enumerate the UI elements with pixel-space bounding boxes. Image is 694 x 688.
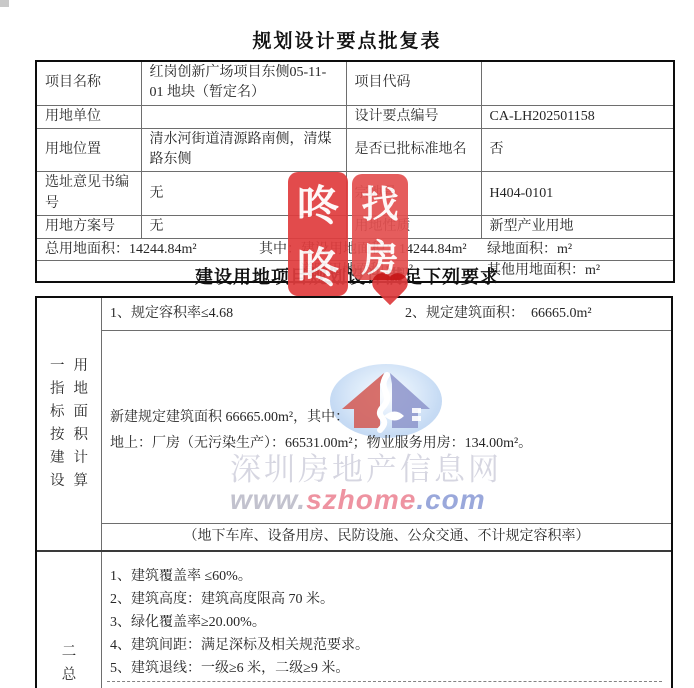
list-item: 4、建筑间距：满足深标及相关规范要求。 xyxy=(110,634,671,657)
field-label: 是否已批标准地名 xyxy=(346,128,481,172)
field-value: 新型产业用地 xyxy=(481,216,674,239)
table-row: 选址意见书编号 无 宗地号 H404-0101 xyxy=(36,172,674,216)
list-item: 2、建筑高度：建筑高度限高 70 米。 xyxy=(110,588,671,611)
detail-line: 地上：厂房（无污染生产）：66531.00m²；物业服务用房：134.00m²。 xyxy=(110,431,671,457)
plot-ratio-row: 1、规定容积率≤4.68 2、规定建筑面积： 66665.0m² xyxy=(102,298,671,330)
building-area-detail-cell: 新建规定建筑面积 66665.00m²，其中： 地上：厂房（无污染生产）：665… xyxy=(102,331,671,523)
side-header-row: 设算 xyxy=(37,470,110,493)
table-row: 用地方案号 无 用地性质 新型产业用地 xyxy=(36,216,674,239)
table-row: 项目名称 红岗创新广场项目东侧05-11-01 地块（暂定名） 项目代码 xyxy=(36,61,674,105)
field-value: 否 xyxy=(481,128,674,172)
dashed-separator xyxy=(107,681,662,682)
field-value: 清水河街道清源路南侧，清煤路东侧 xyxy=(141,128,346,172)
field-value xyxy=(481,61,674,105)
table-row: 用地单位 设计要点编号 CA-LH202501158 xyxy=(36,105,674,128)
field-label: 项目代码 xyxy=(346,61,481,105)
table-row: 用地位置 清水河街道清源路南侧，清煤路东侧 是否已批标准地名 否 xyxy=(36,128,674,172)
field-label: 选址意见书编号 xyxy=(36,172,141,216)
field-label: 宗地号 xyxy=(346,172,481,216)
page-title: 规划设计要点批复表 xyxy=(0,26,694,53)
approval-document-page: 深圳房地产信息网 www.szhome.com 规划设计要点批复表 项目名称 红… xyxy=(0,0,694,688)
exclusion-note: （地下车库、设备用房、民防设施、公众交通、不计规定容积率） xyxy=(102,524,671,550)
side-header-row: 指地 xyxy=(37,378,110,401)
requirements-table: 一用 指地 标面 按积 建计 设算 1、规定容积率≤4.68 2、规定建筑面积：… xyxy=(35,296,673,688)
field-value: 无 xyxy=(141,216,346,239)
field-label: 用地位置 xyxy=(36,128,141,172)
plot-ratio-requirement: 1、规定容积率≤4.68 xyxy=(110,298,233,330)
side-header-row: 建计 xyxy=(37,447,110,470)
field-label: 项目名称 xyxy=(36,61,141,105)
field-label: 用地性质 xyxy=(346,216,481,239)
field-value: CA-LH202501158 xyxy=(481,105,674,128)
field-value: 红岗创新广场项目东侧05-11-01 地块（暂定名） xyxy=(141,61,346,105)
construction-land-area: 其中：建设用地面积：14244.84m² xyxy=(259,240,467,260)
requirements-section-title: 建设用地项目规划设计满足下列要求 xyxy=(0,263,694,289)
detail-line: 新建规定建筑面积 66665.00m²，其中： xyxy=(110,405,671,431)
side-header-char: 总 xyxy=(37,664,101,687)
scan-corner-artifact xyxy=(0,0,9,7)
side-header-row: 按积 xyxy=(37,424,110,447)
field-value: H404-0101 xyxy=(481,172,674,216)
field-label: 用地单位 xyxy=(36,105,141,128)
area-summary-cell: 总用地面积：14244.84m² 其中：建设用地面积：14244.84m² 绿地… xyxy=(36,239,674,261)
section2-requirement-list: 1、建筑覆盖率 ≤60%。 2、建筑高度：建筑高度限高 70 米。 3、绿化覆盖… xyxy=(102,552,671,680)
section1-side-header: 一用 指地 标面 按积 建计 设算 xyxy=(37,298,101,550)
side-header-row: 一用 xyxy=(37,355,110,378)
side-header-row: 标面 xyxy=(37,401,110,424)
section2-side-header: 二 总 xyxy=(37,552,101,688)
list-item: 5、建筑退线：一级≥6 米，二级≥9 米。 xyxy=(110,657,671,680)
building-area-requirement: 2、规定建筑面积： 66665.0m² xyxy=(405,298,592,330)
list-item: 3、绿化覆盖率≥20.00%。 xyxy=(110,611,671,634)
list-item: 1、建筑覆盖率 ≤60%。 xyxy=(110,565,671,588)
green-area: 绿地面积：m² xyxy=(487,240,572,260)
field-label: 设计要点编号 xyxy=(346,105,481,128)
field-value: 无 xyxy=(141,172,346,216)
field-value xyxy=(141,105,346,128)
area-summary-row: 总用地面积：14244.84m² 其中：建设用地面积：14244.84m² 绿地… xyxy=(36,239,674,261)
project-info-table: 项目名称 红岗创新广场项目东侧05-11-01 地块（暂定名） 项目代码 用地单… xyxy=(35,60,675,283)
total-land-area: 总用地面积：14244.84m² xyxy=(45,240,197,260)
side-header-char: 二 xyxy=(37,641,101,664)
field-label: 用地方案号 xyxy=(36,216,141,239)
